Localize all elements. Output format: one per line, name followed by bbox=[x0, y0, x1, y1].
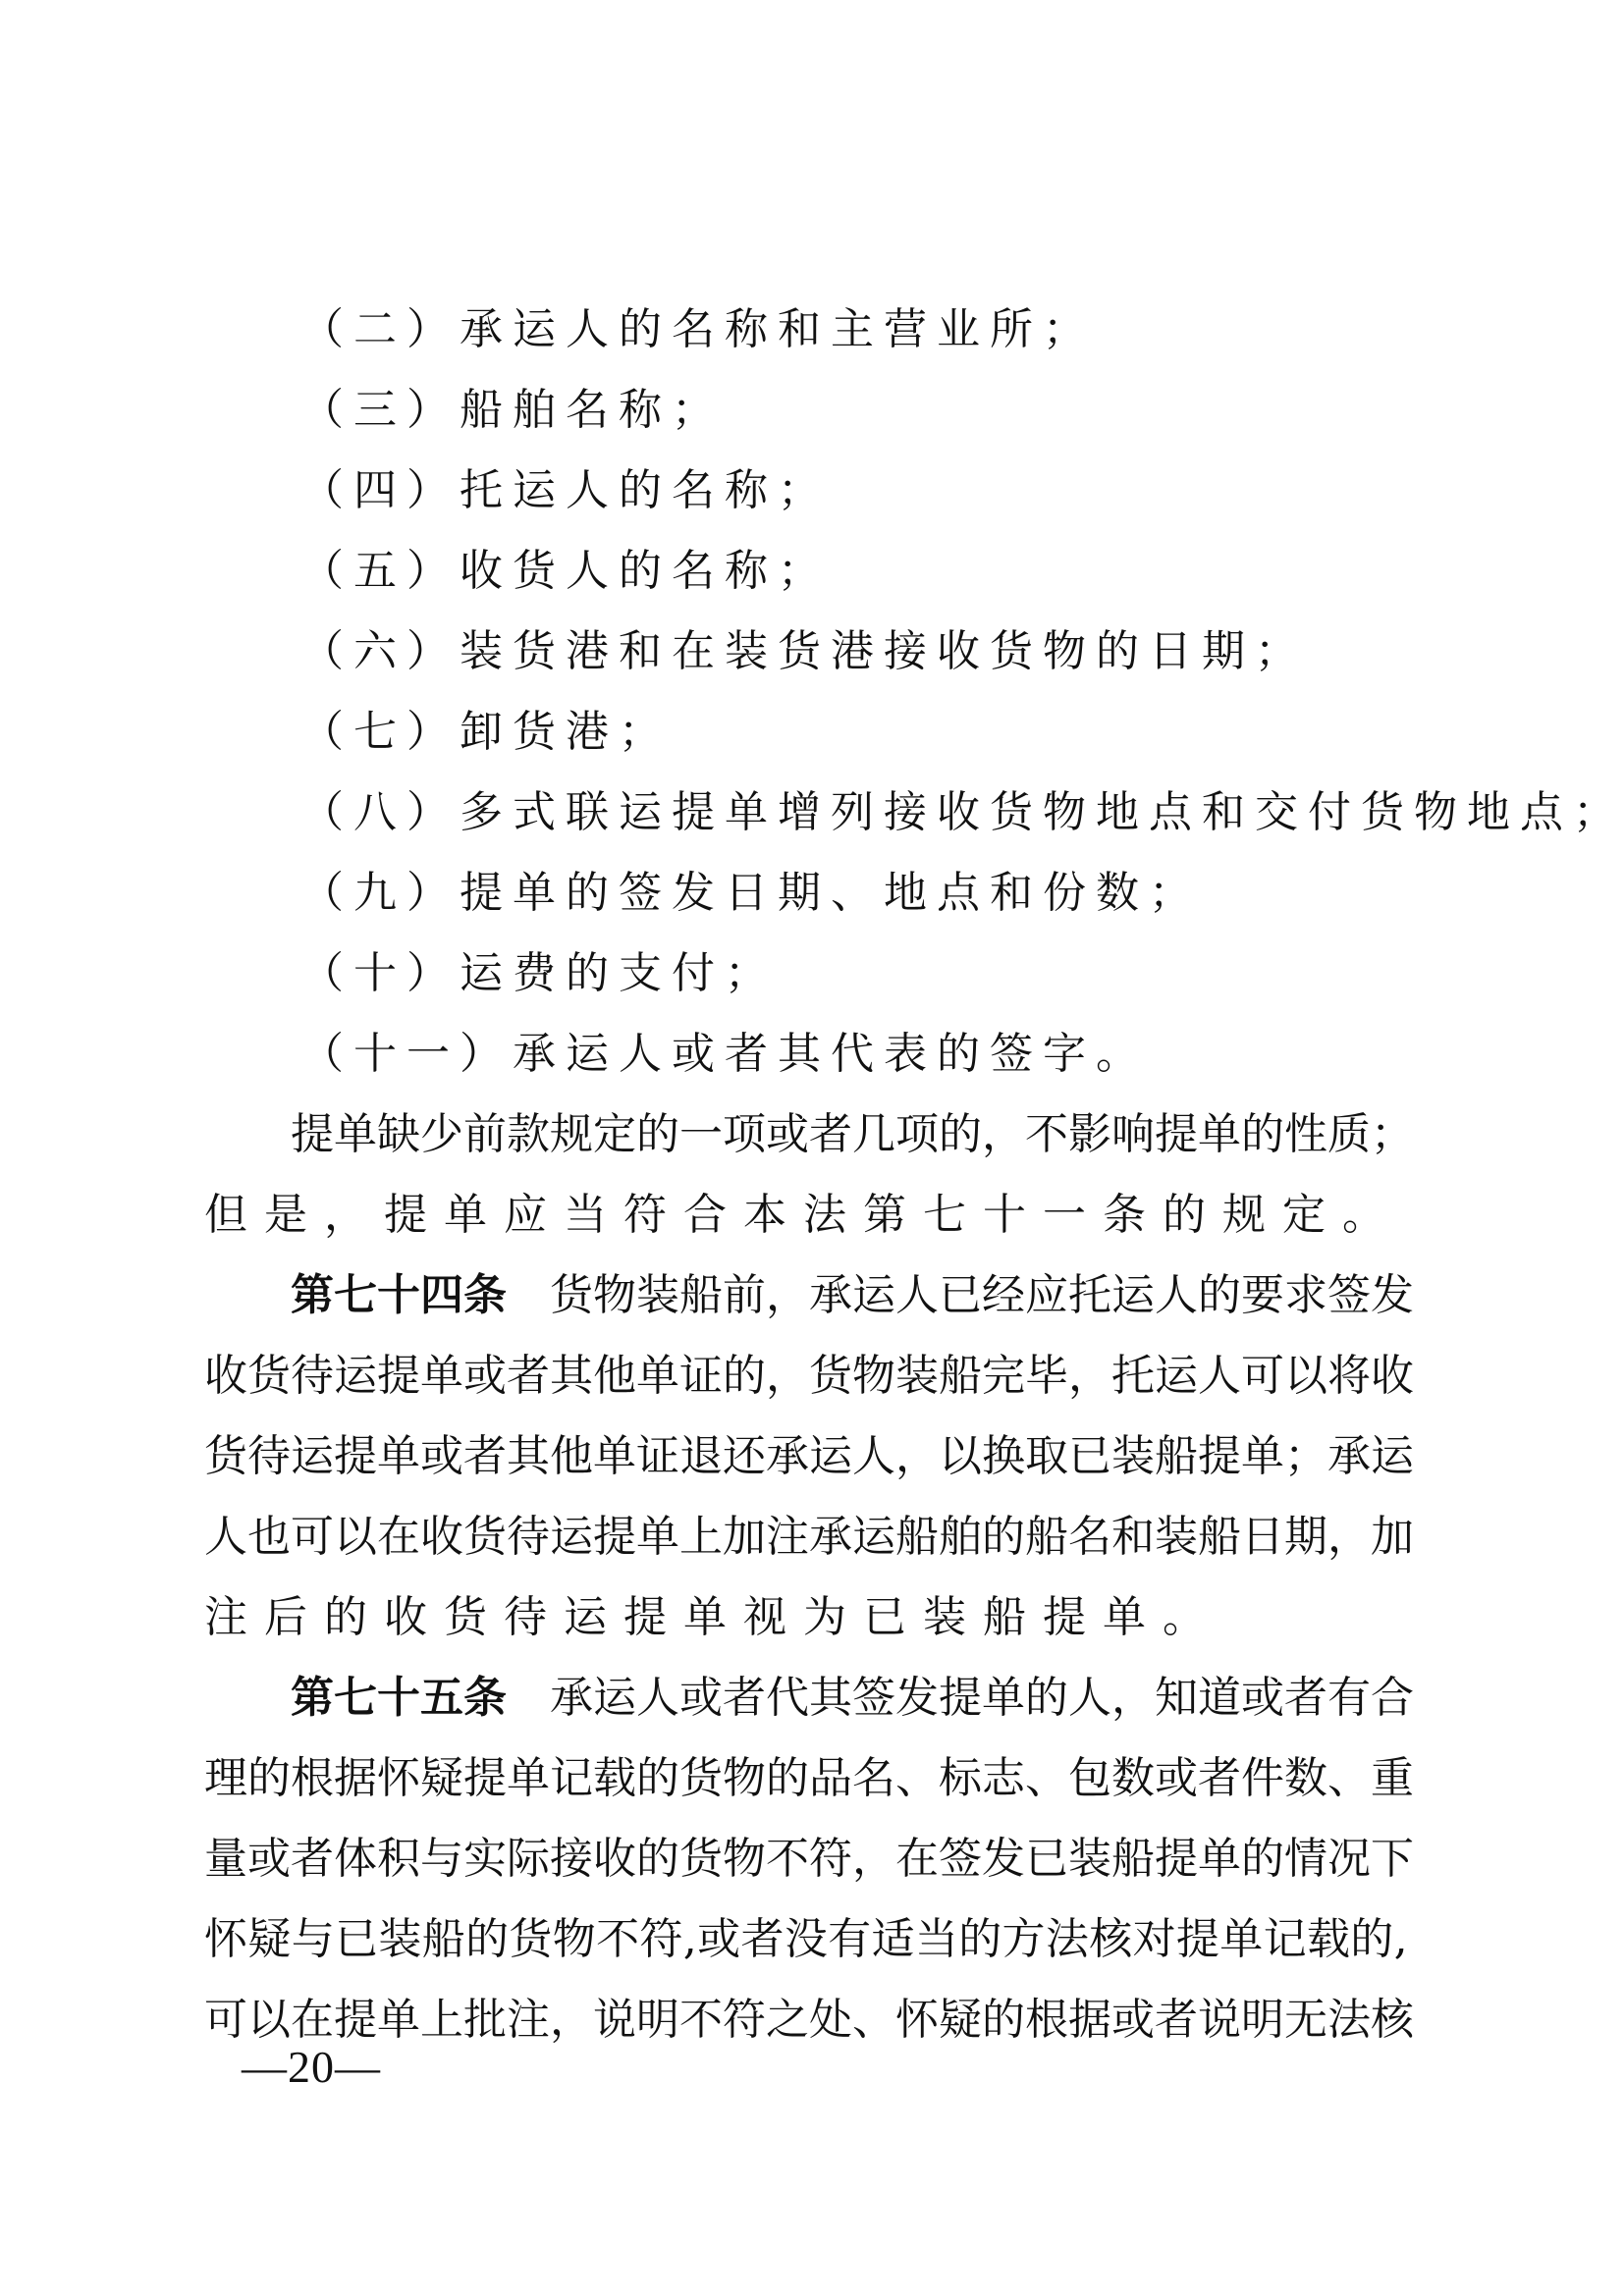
paragraph-line: 提单缺少前款规定的一项或者几项的，不影响提单的性质； bbox=[291, 1105, 1408, 1164]
article-75-text: 承运人或者代其签发提单的人，知道或者有合 bbox=[550, 1673, 1414, 1723]
article-75-line: 怀疑与已装船的货物不符,或者没有适当的方法核对提单记载的, bbox=[204, 1910, 1408, 1969]
article-74-line: 收货待运提单或者其他单证的，货物装船完毕，托运人可以将收 bbox=[204, 1347, 1408, 1406]
article-75-line: 理的根据怀疑提单记载的货物的品名、标志、包数或者件数、重 bbox=[204, 1749, 1408, 1808]
list-item-5: （五）收货人的名称； bbox=[300, 542, 1504, 601]
article-74-heading: 第七十四条 bbox=[291, 1270, 507, 1320]
paragraph-line: 但是，提单应当符合本法第七十一条的规定。 bbox=[204, 1186, 1408, 1245]
list-item-11: （十一）承运人或者其代表的签字。 bbox=[300, 1025, 1504, 1084]
article-74-first-line: 第七十四条货物装船前，承运人已经应托运人的要求签发 bbox=[291, 1266, 1408, 1325]
list-item-7: （七）卸货港； bbox=[300, 703, 1504, 762]
list-item-4: （四）托运人的名称； bbox=[300, 461, 1504, 520]
article-74-line: 人也可以在收货待运提单上加注承运船舶的船名和装船日期，加 bbox=[204, 1508, 1408, 1567]
article-75-heading: 第七十五条 bbox=[291, 1673, 507, 1723]
article-74-line: 注后的收货待运提单视为已装船提单。 bbox=[204, 1588, 1408, 1647]
article-75-first-line: 第七十五条承运人或者代其签发提单的人，知道或者有合 bbox=[291, 1669, 1408, 1728]
list-item-2: （二）承运人的名称和主营业所； bbox=[300, 300, 1504, 359]
list-item-9: （九）提单的签发日期、地点和份数； bbox=[300, 864, 1504, 923]
list-item-3: （三）船舶名称； bbox=[300, 381, 1504, 440]
article-74-line: 货待运提单或者其他单证退还承运人，以换取已装船提单；承运 bbox=[204, 1427, 1408, 1486]
list-item-6: （六）装货港和在装货港接收货物的日期； bbox=[300, 622, 1504, 681]
article-75-line: 量或者体积与实际接收的货物不符，在签发已装船提单的情况下 bbox=[204, 1830, 1408, 1889]
list-item-8: （八）多式联运提单增列接收货物地点和交付货物地点； bbox=[300, 783, 1504, 842]
page-number: —20— bbox=[242, 2038, 381, 2097]
document-page: （二）承运人的名称和主营业所； （三）船舶名称； （四）托运人的名称； （五）收… bbox=[0, 0, 1624, 2296]
article-75-line: 可以在提单上批注，说明不符之处、怀疑的根据或者说明无法核 bbox=[204, 1991, 1408, 2050]
list-item-10: （十）运费的支付； bbox=[300, 944, 1504, 1003]
article-74-text: 货物装船前，承运人已经应托运人的要求签发 bbox=[550, 1270, 1414, 1320]
